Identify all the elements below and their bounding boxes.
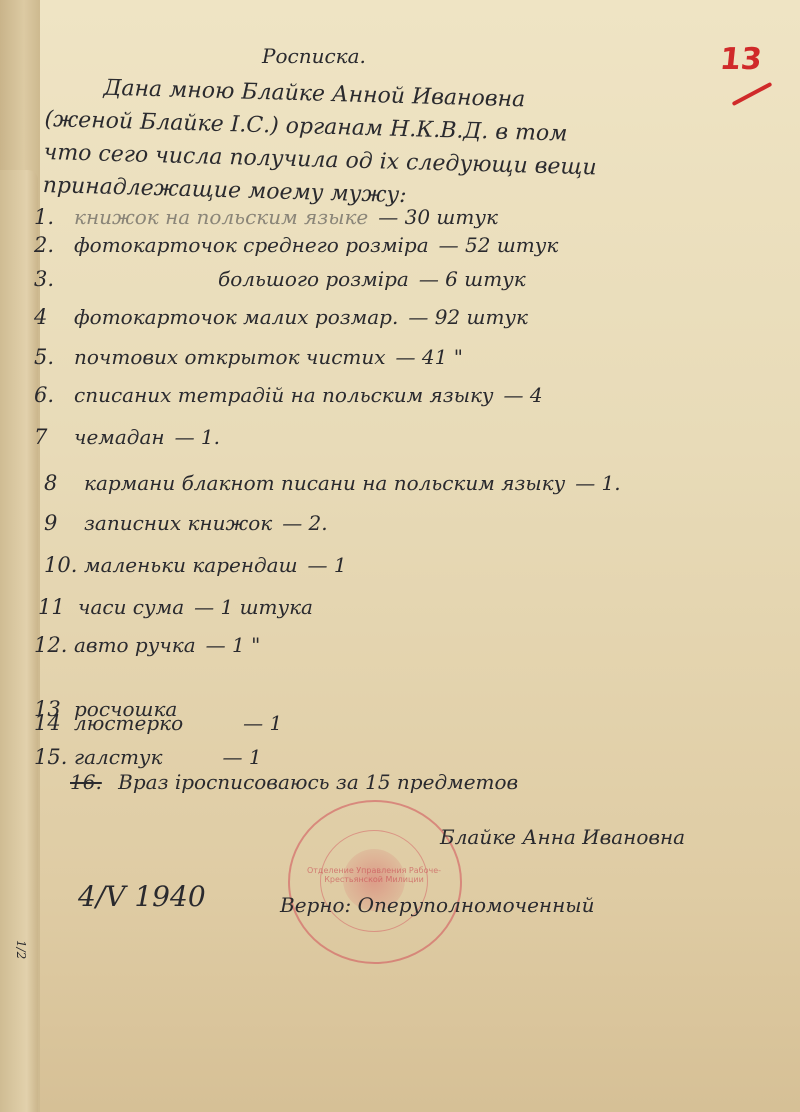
document-title: Росписка. <box>262 44 366 68</box>
item-quantity: — 92 штук <box>398 305 528 329</box>
recipient-signature: Блайке Анна Ивановна <box>440 825 685 849</box>
list-item: 2. фотокарточок среднего розміра — 52 шт… <box>34 233 558 257</box>
item-number: 9 <box>44 511 78 535</box>
item-number: 11 <box>38 595 72 619</box>
closing-number: 16. <box>70 770 102 794</box>
item-text: большого розміра <box>68 267 409 291</box>
list-item: 9 записних книжок — 2. <box>44 511 328 535</box>
item-text: чемадан <box>68 425 165 449</box>
list-item: 10. маленьки карендаш — 1 <box>44 553 347 577</box>
margin-note: 1/2 <box>4 940 28 959</box>
item-quantity: — 1 штука <box>184 595 313 619</box>
list-item: 7 чемадан — 1. <box>34 425 220 449</box>
item-number: 2. <box>34 233 68 257</box>
list-item: 8 кармани блакнот писани на польским язы… <box>44 471 621 495</box>
item-quantity: — 1. <box>165 425 220 449</box>
item-quantity: — 1 <box>162 745 261 769</box>
item-number: 1. <box>34 205 68 229</box>
item-text: галстук <box>68 745 162 769</box>
closing-line: 16. Враз іросписоваюсь за 15 предметов <box>70 770 518 794</box>
list-item: 11 часи сума — 1 штука <box>38 595 313 619</box>
item-text: кармани блакнот писани на польским языку <box>78 471 565 495</box>
list-item: 12. авто ручка — 1 " <box>34 633 260 657</box>
archive-page-number: 13 <box>718 42 763 77</box>
item-quantity: — 41 " <box>386 345 463 369</box>
item-quantity: — 6 штук <box>409 267 526 291</box>
list-item: 3. большого розміра — 6 штук <box>34 267 526 291</box>
item-number: 14 <box>34 711 68 735</box>
document-date: 4/V 1940 <box>78 880 206 913</box>
item-text: записних книжок <box>78 511 272 535</box>
item-quantity: — 1 <box>183 711 282 735</box>
item-number: 12. <box>34 633 68 657</box>
item-quantity: — 1 " <box>196 633 261 657</box>
item-text: люстерко <box>68 711 183 735</box>
item-text: маленьки карендаш <box>78 553 298 577</box>
adjacent-page-edge: 1/2 <box>0 0 41 1112</box>
item-quantity: — 4 <box>494 383 543 407</box>
verification-line: Верно: Оперуполномоченный <box>280 893 594 917</box>
stamp-text: Отделение Управления Рабоче-Крестьянской… <box>294 866 454 884</box>
item-quantity: — 1 <box>298 553 347 577</box>
item-text: фотокарточок среднего розміра <box>68 233 429 257</box>
item-text: авто ручка <box>68 633 196 657</box>
intro-paragraph: Дана мною Блайке Анной Ивановна (женой Б… <box>42 70 775 222</box>
item-quantity: — 30 штук <box>368 205 498 229</box>
item-number: 5. <box>34 345 68 369</box>
item-number: 15. <box>34 745 68 769</box>
list-item: 1. книжок на польским языке — 30 штук <box>34 205 498 229</box>
item-text: книжок на польским языке <box>68 205 368 229</box>
closing-text: Враз іросписоваюсь за 15 предметов <box>118 770 518 794</box>
item-quantity: — 2. <box>272 511 327 535</box>
item-text: часи сума <box>72 595 184 619</box>
item-number: 4 <box>34 305 68 329</box>
official-stamp: Отделение Управления Рабоче-Крестьянской… <box>288 800 462 964</box>
page-fold <box>0 170 38 1112</box>
list-item: 5. почтових открыток чистих — 41 " <box>34 345 463 369</box>
list-item: 15. галстук — 1 <box>34 745 262 769</box>
receipt-page: Росписка. 13 Дана мною Блайке Анной Иван… <box>40 0 800 1112</box>
item-number: 7 <box>34 425 68 449</box>
item-number: 10. <box>44 553 78 577</box>
list-item: 14 люстерко — 1 <box>34 711 282 735</box>
item-quantity: — 1. <box>565 471 620 495</box>
item-quantity: — 52 штук <box>429 233 559 257</box>
item-text: списаних тетрадій на польским языку <box>68 383 494 407</box>
list-item: 6. списаних тетрадій на польским языку —… <box>34 383 543 407</box>
item-text: фотокарточок малих розмар. <box>68 305 398 329</box>
item-number: 8 <box>44 471 78 495</box>
item-number: 6. <box>34 383 68 407</box>
item-text: почтових открыток чистих <box>68 345 386 369</box>
item-number: 3. <box>34 267 68 291</box>
list-item: 4 фотокарточок малих розмар. — 92 штук <box>34 305 528 329</box>
